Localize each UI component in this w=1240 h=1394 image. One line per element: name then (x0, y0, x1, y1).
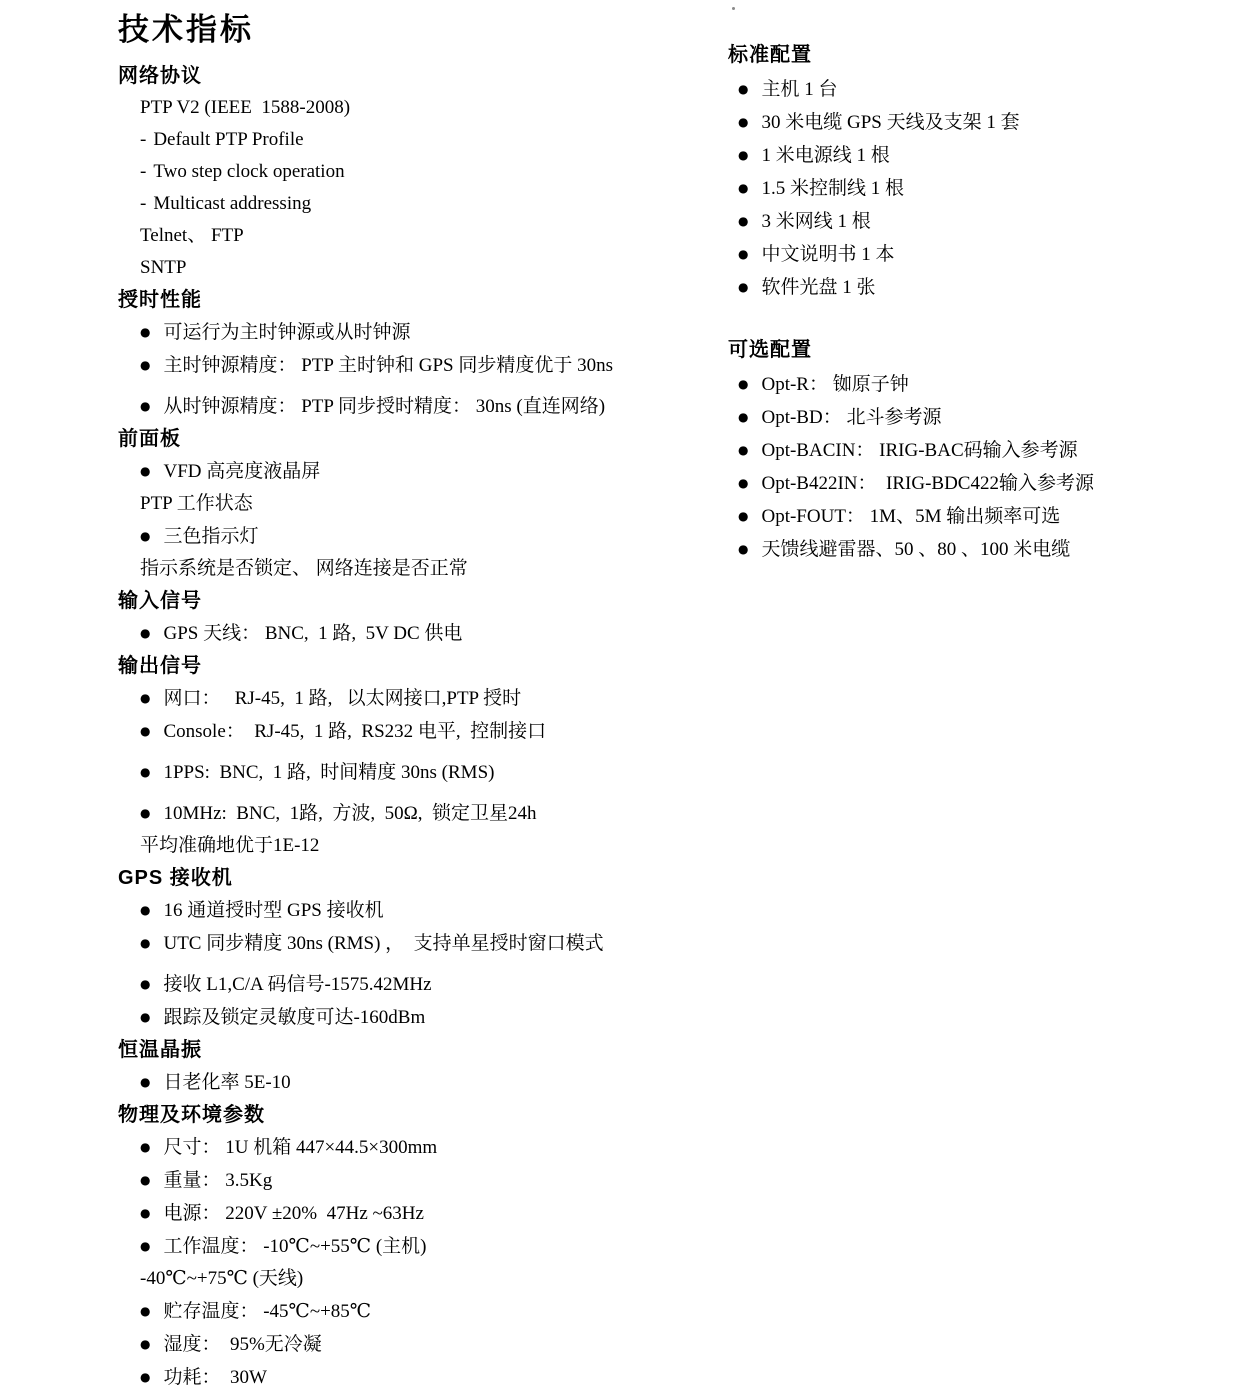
bullet-icon: ● (140, 968, 150, 1000)
bullet-icon: ● (140, 682, 150, 714)
list-item: ●湿度： 95%无冷凝 (118, 1328, 693, 1361)
section-heading: 标准配置 (728, 42, 1130, 68)
bullet-icon: ● (733, 503, 748, 529)
left-column: 技术指标 网络协议PTP V2 (IEEE 1588-2008)-Default… (118, 8, 693, 1394)
list-item: -40℃~+75℃ (天线) (118, 1263, 693, 1295)
list-item: ●天馈线避雷器、50 、80 、100 米电缆 (728, 536, 1130, 563)
item-text: 30 米电缆 GPS 天线及支架 1 套 (761, 112, 1019, 133)
list-item: ●3 米网线 1 根 (728, 208, 1130, 235)
item-text: GPS 天线： BNC, 1 路, 5V DC 供电 (163, 623, 462, 644)
section-heading: 网络协议 (118, 60, 693, 92)
bullet-icon: ● (140, 1328, 150, 1360)
section-heading: 物理及环境参数 (118, 1099, 693, 1131)
item-text: 日老化率 5E-10 (163, 1072, 290, 1093)
document-page: 技术指标 网络协议PTP V2 (IEEE 1588-2008)-Default… (0, 0, 1240, 1394)
list-item: SNTP (118, 252, 693, 284)
item-text: 贮存温度： -45℃~+85℃ (163, 1301, 371, 1322)
bullet-icon: ● (733, 109, 748, 135)
item-text: PTP 工作状态 (140, 493, 253, 514)
bullet-icon: ● (140, 520, 150, 552)
item-text: UTC 同步精度 30ns (RMS) ， 支持单星授时窗口模式 (163, 933, 603, 954)
list-item: ●电源： 220V ±20% 47Hz ~63Hz (118, 1197, 693, 1230)
bullet-icon: ● (140, 894, 150, 926)
item-text: 三色指示灯 (163, 526, 258, 547)
list-item: ●Opt-BD： 北斗参考源 (728, 404, 1130, 431)
bullet-icon: ● (140, 927, 150, 959)
item-text: 平均准确地优于1E-12 (140, 835, 319, 856)
left-sections: 网络协议PTP V2 (IEEE 1588-2008)-Default PTP … (118, 60, 693, 1394)
bullet-icon: ● (140, 797, 150, 829)
item-text: 主时钟源精度： PTP 主时钟和 GPS 同步精度优于 30ns (163, 355, 613, 376)
item-text: 天馈线避雷器、50 、80 、100 米电缆 (761, 539, 1070, 560)
list-item: ●主时钟源精度： PTP 主时钟和 GPS 同步精度优于 30ns (118, 349, 693, 382)
list-item: ●工作温度： -10℃~+55℃ (主机) (118, 1230, 693, 1263)
list-item: ●跟踪及锁定灵敏度可达-160dBm (118, 1001, 693, 1034)
item-text: 主机 1 台 (761, 79, 837, 100)
item-text: 中文说明书 1 本 (761, 244, 894, 265)
bullet-icon: ● (140, 1295, 150, 1327)
bullet-icon: ● (733, 241, 748, 267)
list-item: ●GPS 天线： BNC, 1 路, 5V DC 供电 (118, 617, 693, 650)
item-text: VFD 高亮度液晶屏 (163, 461, 320, 482)
bullet-icon: ● (733, 371, 748, 397)
section-heading: GPS 接收机 (118, 862, 693, 894)
item-text: 10MHz: BNC, 1路, 方波, 50Ω, 锁定卫星24h (163, 803, 536, 824)
item-text: 工作温度： -10℃~+55℃ (主机) (163, 1236, 426, 1257)
bullet-icon: ● (140, 1230, 150, 1262)
bullet-icon: ● (733, 437, 748, 463)
list-item: ●贮存温度： -45℃~+85℃ (118, 1295, 693, 1328)
item-text: 功耗： 30W (163, 1367, 266, 1388)
list-item: ●三色指示灯 (118, 520, 693, 553)
bullet-icon: ● (140, 715, 150, 747)
list-item: ●Opt-FOUT： 1M、5M 输出频率可选 (728, 503, 1130, 530)
dash-icon: - (140, 129, 146, 150)
bullet-icon: ● (733, 175, 748, 201)
item-text: Two step clock operation (153, 161, 344, 182)
item-text: Default PTP Profile (153, 129, 303, 150)
item-text: 1PPS: BNC, 1 路, 时间精度 30ns (RMS) (163, 762, 494, 783)
bullet-icon: ● (140, 390, 150, 422)
list-item: ●功耗： 30W (118, 1361, 693, 1394)
item-text: 可运行为主时钟源或从时钟源 (163, 322, 410, 343)
item-text: Opt-BACIN： IRIG-BAC码输入参考源 (761, 440, 1077, 461)
item-text: SNTP (140, 257, 186, 278)
list-item: -Default PTP Profile (118, 124, 693, 156)
item-text: PTP V2 (IEEE 1588-2008) (140, 97, 350, 118)
item-text: Telnet、 FTP (140, 225, 244, 246)
bullet-icon: ● (140, 1361, 150, 1393)
item-text: -40℃~+75℃ (天线) (140, 1268, 303, 1289)
item-text: 湿度： 95%无冷凝 (163, 1334, 321, 1355)
list-item: ●接收 L1,C/A 码信号-1575.42MHz (118, 968, 693, 1001)
list-item: 指示系统是否锁定、 网络连接是否正常 (118, 553, 693, 585)
item-text: 网口： RJ-45, 1 路, 以太网接口,PTP 授时 (163, 688, 521, 709)
item-text: 尺寸： 1U 机箱 447×44.5×300mm (163, 1137, 437, 1158)
dash-icon: - (140, 193, 146, 214)
list-item: ●UTC 同步精度 30ns (RMS) ， 支持单星授时窗口模式 (118, 927, 693, 960)
page-title: 技术指标 (118, 8, 693, 52)
list-item: ●中文说明书 1 本 (728, 241, 1130, 268)
bullet-icon: ● (140, 1164, 150, 1196)
dash-icon: - (140, 161, 146, 182)
section-heading: 输出信号 (118, 650, 693, 682)
right-column: 标准配置●主机 1 台●30 米电缆 GPS 天线及支架 1 套●1 米电源线 … (728, 42, 1130, 569)
section-heading: 授时性能 (118, 284, 693, 316)
bullet-icon: ● (140, 1131, 150, 1163)
bullet-icon: ● (733, 76, 748, 102)
list-item: ●主机 1 台 (728, 76, 1130, 103)
bullet-icon: ● (733, 274, 748, 300)
list-item: ●日老化率 5E-10 (118, 1066, 693, 1099)
bullet-icon: ● (140, 756, 150, 788)
bullet-icon: ● (733, 208, 748, 234)
item-text: Opt-FOUT： 1M、5M 输出频率可选 (761, 506, 1060, 527)
list-item: Telnet、 FTP (118, 220, 693, 252)
list-item: ●从时钟源精度： PTP 同步授时精度： 30ns (直连网络) (118, 390, 693, 423)
item-text: Opt-R： 铷原子钟 (761, 374, 908, 395)
item-text: 接收 L1,C/A 码信号-1575.42MHz (163, 974, 431, 995)
bullet-icon: ● (733, 142, 748, 168)
list-item: ●10MHz: BNC, 1路, 方波, 50Ω, 锁定卫星24h (118, 797, 693, 830)
item-text: Opt-B422IN： IRIG-BDC422输入参考源 (761, 473, 1094, 494)
item-text: 指示系统是否锁定、 网络连接是否正常 (140, 558, 468, 579)
list-item: ●VFD 高亮度液晶屏 (118, 455, 693, 488)
list-item: ●Opt-R： 铷原子钟 (728, 371, 1130, 398)
list-item: ●30 米电缆 GPS 天线及支架 1 套 (728, 109, 1130, 136)
bullet-icon: ● (140, 1066, 150, 1098)
bullet-icon: ● (140, 316, 150, 348)
list-item: 平均准确地优于1E-12 (118, 830, 693, 862)
list-item: ●Opt-B422IN： IRIG-BDC422输入参考源 (728, 470, 1130, 497)
list-item: ●软件光盘 1 张 (728, 274, 1130, 301)
item-text: Opt-BD： 北斗参考源 (761, 407, 941, 428)
section-heading: 前面板 (118, 423, 693, 455)
bullet-icon: ● (733, 470, 748, 496)
section-heading: 恒温晶振 (118, 1034, 693, 1066)
section-heading: 可选配置 (728, 337, 1130, 363)
list-item: -Multicast addressing (118, 188, 693, 220)
item-text: 16 通道授时型 GPS 接收机 (163, 900, 383, 921)
item-text: Multicast addressing (153, 193, 311, 214)
item-text: 跟踪及锁定灵敏度可达-160dBm (163, 1007, 425, 1028)
section-heading: 输入信号 (118, 585, 693, 617)
list-item: ●可运行为主时钟源或从时钟源 (118, 316, 693, 349)
list-item: ●网口： RJ-45, 1 路, 以太网接口,PTP 授时 (118, 682, 693, 715)
list-item: ●Opt-BACIN： IRIG-BAC码输入参考源 (728, 437, 1130, 464)
bullet-icon: ● (140, 617, 150, 649)
list-item: PTP 工作状态 (118, 488, 693, 520)
list-item: ●重量： 3.5Kg (118, 1164, 693, 1197)
item-text: 1 米电源线 1 根 (761, 145, 889, 166)
stray-dot-artifact (732, 7, 735, 10)
bullet-icon: ● (140, 349, 150, 381)
list-item: -Two step clock operation (118, 156, 693, 188)
list-item: ●1.5 米控制线 1 根 (728, 175, 1130, 202)
item-text: 从时钟源精度： PTP 同步授时精度： 30ns (直连网络) (163, 396, 605, 417)
list-item: PTP V2 (IEEE 1588-2008) (118, 92, 693, 124)
item-text: 电源： 220V ±20% 47Hz ~63Hz (163, 1203, 423, 1224)
list-item: ●1 米电源线 1 根 (728, 142, 1130, 169)
item-text: 软件光盘 1 张 (761, 277, 875, 298)
item-text: 1.5 米控制线 1 根 (761, 178, 904, 199)
list-item: ●1PPS: BNC, 1 路, 时间精度 30ns (RMS) (118, 756, 693, 789)
item-text: 重量： 3.5Kg (163, 1170, 272, 1191)
bullet-icon: ● (733, 404, 748, 430)
list-item: ●尺寸： 1U 机箱 447×44.5×300mm (118, 1131, 693, 1164)
bullet-icon: ● (140, 1001, 150, 1033)
item-text: Console： RJ-45, 1 路, RS232 电平, 控制接口 (163, 721, 546, 742)
bullet-icon: ● (140, 1197, 150, 1229)
bullet-icon: ● (140, 455, 150, 487)
list-item: ●Console： RJ-45, 1 路, RS232 电平, 控制接口 (118, 715, 693, 748)
item-text: 3 米网线 1 根 (761, 211, 870, 232)
bullet-icon: ● (733, 536, 748, 562)
list-item: ●16 通道授时型 GPS 接收机 (118, 894, 693, 927)
